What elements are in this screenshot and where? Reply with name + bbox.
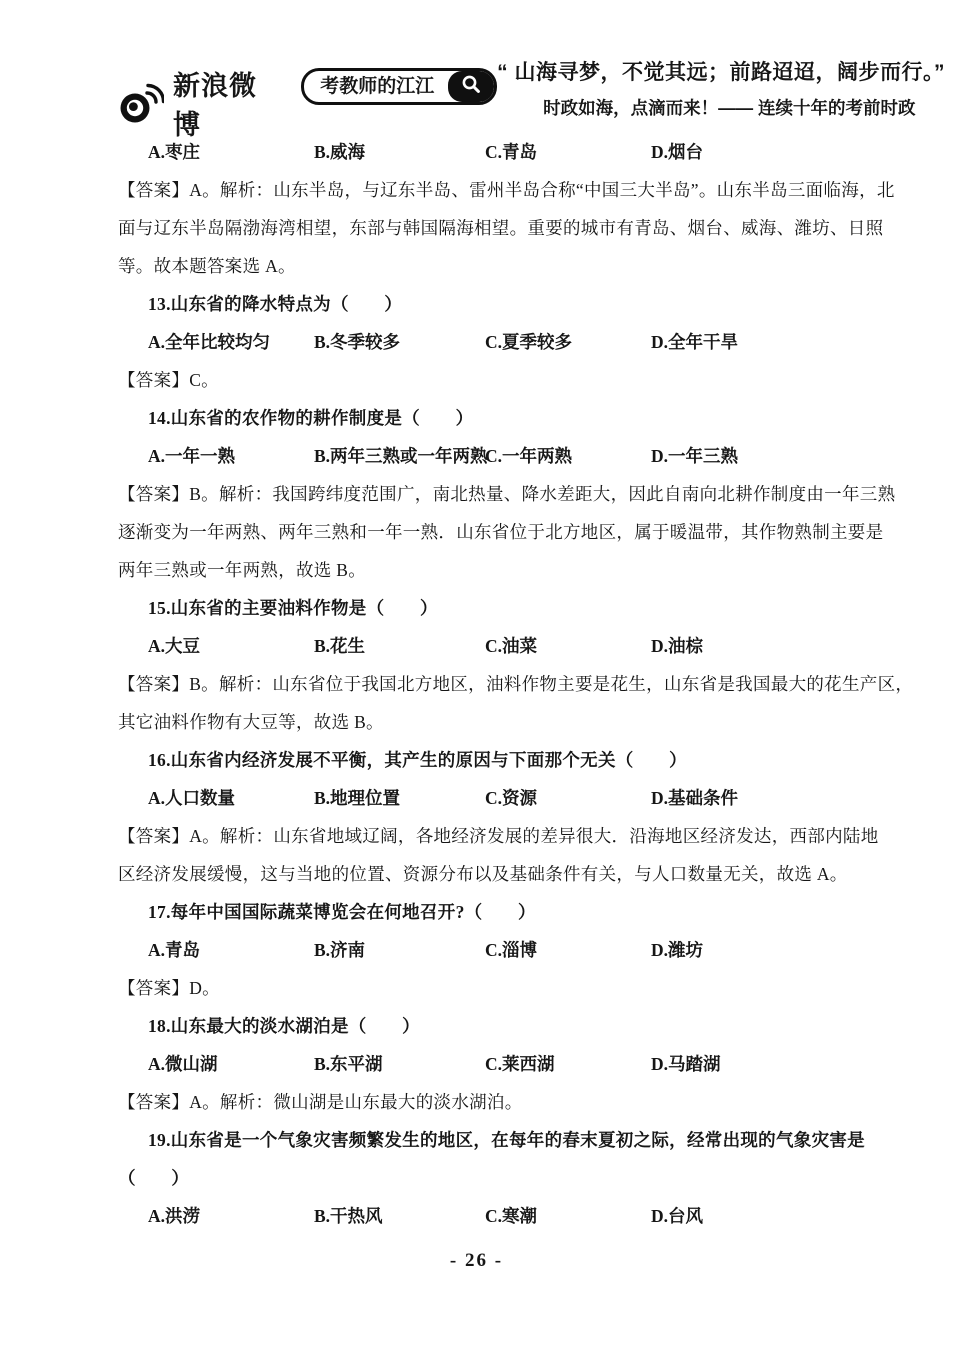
option-c: C.油菜	[485, 627, 651, 665]
option-d: D.油棕	[651, 627, 858, 665]
option-c: C.一年两熟	[485, 437, 651, 475]
page-number: - 26 -	[0, 1250, 953, 1272]
document-page: 新浪微博 考教师的江江 “ 山海寻梦，不觉其远；前路迢迢，阔步而行。” 时政如海…	[0, 0, 953, 1348]
option-c: C.寒潮	[485, 1197, 651, 1235]
options-row: A.青岛B.济南C.淄博D.潍坊	[118, 931, 858, 969]
option-b: B.冬季较多	[314, 323, 485, 361]
slogan-line1: “ 山海寻梦，不觉其远；前路迢迢，阔步而行。”	[497, 56, 945, 86]
option-d: D.台风	[651, 1197, 858, 1235]
option-b: B.地理位置	[314, 779, 485, 817]
question-line: 18.山东最大的淡水湖泊是（ ）	[118, 1007, 858, 1045]
page-header: 新浪微博 考教师的江江 “ 山海寻梦，不觉其远；前路迢迢，阔步而行。” 时政如海…	[118, 56, 945, 142]
brand-name: 新浪微博	[173, 64, 283, 142]
answer-line: 等。故本题答案选 A。	[118, 247, 858, 285]
option-a: A.青岛	[148, 931, 314, 969]
option-d: D.马踏湖	[651, 1045, 858, 1083]
option-d: D.全年干旱	[651, 323, 858, 361]
search-button	[448, 71, 494, 102]
exam-content: A.枣庄B.威海C.青岛D.烟台【答案】A。解析：山东半岛，与辽东半岛、雷州半岛…	[118, 133, 858, 1235]
answer-line: 【答案】B。解析：山东省位于我国北方地区，油料作物主要是花生，山东省是我国最大的…	[118, 665, 858, 703]
options-row: A.全年比较均匀B.冬季较多C.夏季较多D.全年干旱	[118, 323, 858, 361]
answer-line: 【答案】A。解析：微山湖是山东最大的淡水湖泊。	[118, 1083, 858, 1121]
option-d: D.烟台	[651, 133, 858, 171]
option-a: A.洪涝	[148, 1197, 314, 1235]
options-row: A.微山湖B.东平湖C.莱西湖D.马踏湖	[118, 1045, 858, 1083]
option-c: C.青岛	[485, 133, 651, 171]
answer-line: 区经济发展缓慢，这与当地的位置、资源分布以及基础条件有关，与人口数量无关，故选 …	[118, 855, 858, 893]
question-line: 17.每年中国国际蔬菜博览会在何地召开?（ ）	[118, 893, 858, 931]
answer-line: 面与辽东半岛隔渤海湾相望，东部与韩国隔海相望。重要的城市有青岛、烟台、威海、潍坊…	[118, 209, 858, 247]
options-row: A.大豆B.花生C.油菜D.油棕	[118, 627, 858, 665]
question-line: 19.山东省是一个气象灾害频繁发生的地区，在每年的春末夏初之际，经常出现的气象灾…	[118, 1121, 858, 1159]
question-line: 15.山东省的主要油料作物是（ ）	[118, 589, 858, 627]
option-c: C.夏季较多	[485, 323, 651, 361]
question-line: 14.山东省的农作物的耕作制度是（ ）	[118, 399, 858, 437]
options-row: A.枣庄B.威海C.青岛D.烟台	[118, 133, 858, 171]
question-line: 16.山东省内经济发展不平衡，其产生的原因与下面那个无关（ ）	[118, 741, 858, 779]
answer-line: 【答案】B。解析：我国跨纬度范围广，南北热量、降水差距大，因此自南向北耕作制度由…	[118, 475, 858, 513]
answer-line: 【答案】C。	[118, 361, 858, 399]
option-c: C.淄博	[485, 931, 651, 969]
options-row: A.一年一熟B.两年三熟或一年两熟C.一年两熟D.一年三熟	[118, 437, 858, 475]
option-b: B.花生	[314, 627, 485, 665]
answer-line: 【答案】A。解析：山东省地域辽阔，各地经济发展的差异很大．沿海地区经济发达，西部…	[118, 817, 858, 855]
option-d: D.一年三熟	[651, 437, 858, 475]
options-row: A.洪涝B.干热风C.寒潮D.台风	[118, 1197, 858, 1235]
question-line: 13.山东省的降水特点为（ ）	[118, 285, 858, 323]
weibo-logo-icon	[118, 82, 164, 124]
option-b: B.威海	[314, 133, 485, 171]
option-c: C.莱西湖	[485, 1045, 651, 1083]
slogan-line2: 时政如海，点滴而来！—— 连续十年的考前时政	[497, 95, 945, 120]
question-line: （ ）	[118, 1159, 858, 1197]
option-c: C.资源	[485, 779, 651, 817]
option-a: A.微山湖	[148, 1045, 314, 1083]
option-b: B.济南	[314, 931, 485, 969]
option-b: B.东平湖	[314, 1045, 485, 1083]
option-b: B.干热风	[314, 1197, 485, 1235]
weibo-brand: 新浪微博	[118, 64, 283, 142]
weibo-search-box: 考教师的江江	[301, 68, 497, 105]
option-a: A.一年一熟	[148, 437, 314, 475]
option-a: A.枣庄	[148, 133, 314, 171]
header-slogan: “ 山海寻梦，不觉其远；前路迢迢，阔步而行。” 时政如海，点滴而来！—— 连续十…	[497, 56, 945, 120]
search-icon	[460, 73, 482, 100]
answer-line: 【答案】D。	[118, 969, 858, 1007]
option-d: D.潍坊	[651, 931, 858, 969]
option-a: A.大豆	[148, 627, 314, 665]
option-a: A.人口数量	[148, 779, 314, 817]
option-b: B.两年三熟或一年两熟	[314, 437, 485, 475]
options-row: A.人口数量B.地理位置C.资源D.基础条件	[118, 779, 858, 817]
answer-line: 【答案】A。解析：山东半岛，与辽东半岛、雷州半岛合称“中国三大半岛”。山东半岛三…	[118, 171, 858, 209]
answer-line: 两年三熟或一年两熟，故选 B。	[118, 551, 858, 589]
option-d: D.基础条件	[651, 779, 858, 817]
answer-line: 逐渐变为一年两熟、两年三熟和一年一熟．山东省位于北方地区，属于暖温带，其作物熟制…	[118, 513, 858, 551]
answer-line: 其它油料作物有大豆等，故选 B。	[118, 703, 858, 741]
search-account-name: 考教师的江江	[304, 71, 448, 102]
option-a: A.全年比较均匀	[148, 323, 314, 361]
